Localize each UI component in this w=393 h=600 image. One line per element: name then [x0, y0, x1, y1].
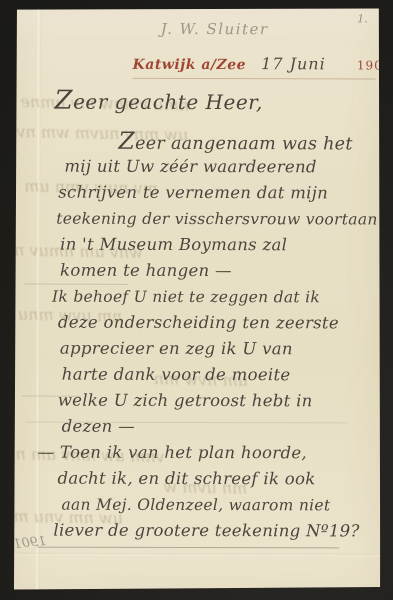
letter-line: mij uit Uw zéér waardeerend	[64, 154, 377, 181]
letterhead: Katwijk a/Zee 17 Juni 190 3	[133, 54, 376, 80]
letter-line: teekening der visschersvrouw voortaan	[56, 206, 377, 233]
letter-line: welke U zich getroost hebt in	[58, 388, 377, 415]
letterhead-place: Katwijk a/Zee	[133, 57, 246, 73]
letter-line: — Toen ik van het plan hoorde,	[38, 440, 377, 467]
pencil-underline-bottom	[37, 547, 339, 549]
mirrored-pencil-note: 1901	[13, 534, 47, 552]
letter-line: in 't Museum Boymans zal	[60, 232, 377, 259]
letter-line: aan Mej. Oldenzeel, waarom niet	[61, 492, 376, 519]
printed-year-prefix: 190	[357, 58, 383, 72]
letter-line: Zeer aangenaam was het	[118, 128, 377, 155]
salutation: Zeer geachte Heer,	[54, 86, 262, 117]
letter-line: komen te hangen —	[60, 258, 377, 285]
letter-line: Ik behoef U niet te zeggen dat ik	[52, 284, 377, 311]
paper-crease-horizontal	[13, 553, 380, 557]
letter-line: harte dank voor de moeite	[62, 362, 377, 389]
letter-body: Zeer aangenaam was het mij uit Uw zéér w…	[13, 128, 377, 545]
page-number: 1.	[357, 12, 368, 25]
pencil-rule	[22, 396, 80, 397]
letter-line: schrijven te vernemen dat mijn	[58, 180, 377, 207]
handwritten-date: 17 Juni	[261, 54, 326, 73]
handwritten-year-digit: 3	[388, 54, 393, 73]
letter-line: liever de grootere teekening Nº19?	[53, 518, 376, 545]
letter-line: dacht ik, en dit schreef ik ook	[57, 466, 376, 493]
letter-line: apprecieer en zeg ik U van	[60, 336, 377, 363]
pencil-owner-name: J. W. Sluiter	[125, 20, 305, 38]
letter-photograph: nmu vmnw mv umne uw mnv nuvm wm nv mv nu…	[13, 8, 382, 591]
letter-line: deze onderscheiding ten zeerste	[58, 310, 377, 337]
letter-line: dezen —	[62, 414, 377, 441]
verso-bleedthrough: nmu vmnw mv umne uw mnv nuvm wm nv mv nu…	[15, 8, 382, 9]
